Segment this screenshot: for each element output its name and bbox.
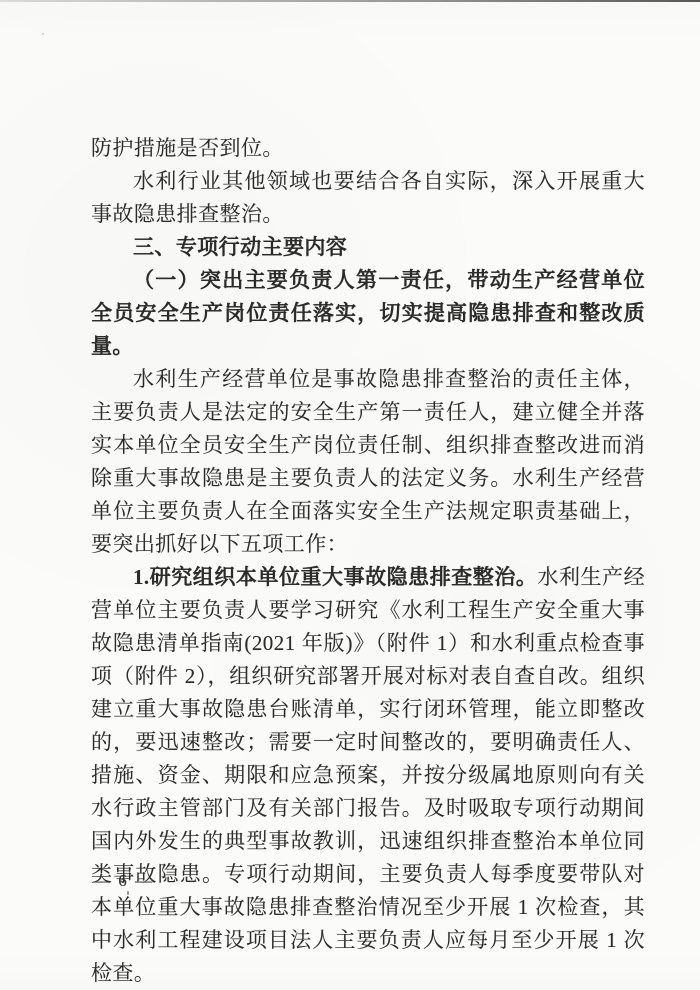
scan-edge-artifact [0, 0, 700, 2]
scanned-document-page: { "document": { "language": "zh-CN", "pa… [0, 0, 700, 990]
text-run: 水利行业其他领域也要结合各自实际，深入开展重大事故隐患排查整治。 [91, 169, 645, 226]
paragraph: 三、专项行动主要内容 [91, 231, 645, 264]
paragraph: 水利生产经营单位是事故隐患排查整治的责任主体，主要负责人是法定的安全生产第一责任… [91, 363, 645, 561]
text-run: 水利生产经营单位主要负责人要学习研究《水利工程生产安全重大事故隐患清单指南(20… [91, 565, 645, 985]
paragraph: 水利行业其他领域也要结合各自实际，深入开展重大事故隐患排查整治。 [91, 165, 645, 231]
document-body: 防护措施是否到位。水利行业其他领域也要结合各自实际，深入开展重大事故隐患排查整治… [91, 132, 645, 990]
scan-speck [127, 891, 129, 895]
paragraph: （一）突出主要负责人第一责任，带动生产经营单位全员安全生产岗位责任落实，切实提高… [91, 264, 645, 363]
page-footer: — 6 — [93, 870, 154, 892]
page-number: — 6 — [93, 871, 154, 890]
bold-text-run: 三、专项行动主要内容 [133, 235, 347, 259]
scan-speck [42, 33, 44, 35]
paragraph: 防护措施是否到位。 [91, 132, 645, 165]
bold-text-run: 1.研究组织本单位重大事故隐患排查整治。 [133, 565, 537, 589]
text-run: 水利生产经营单位是事故隐患排查整治的责任主体，主要负责人是法定的安全生产第一责任… [91, 367, 645, 556]
text-run: 防护措施是否到位。 [91, 136, 284, 160]
bold-text-run: （一）突出主要负责人第一责任，带动生产经营单位全员安全生产岗位责任落实，切实提高… [91, 268, 645, 358]
paragraph: 1.研究组织本单位重大事故隐患排查整治。水利生产经营单位主要负责人要学习研究《水… [91, 561, 645, 990]
